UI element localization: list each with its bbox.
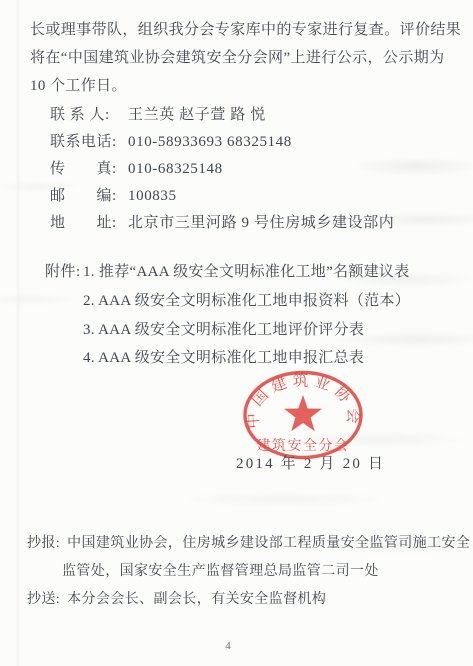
contact-address-row: 地 址:北京市三里河路 9 号住房城乡建设部内	[50, 212, 450, 234]
star-icon	[284, 395, 322, 431]
contact-zip-label: 邮 编:	[50, 185, 120, 207]
contact-person-row: 联 系 人:王兰英 赵子萱 路 悦	[50, 104, 450, 126]
contact-address-label: 地 址:	[50, 212, 120, 234]
copy-send-text: 本分会会长、副会长，有关安全监督机构	[67, 592, 326, 607]
paragraph-line-3: 10 个工作日。	[30, 75, 460, 97]
contact-fax-row: 传 真:010-68325148	[50, 158, 450, 180]
attachment-item-3: 3. AAA 级安全文明标准化工地评价评分表	[83, 319, 463, 341]
attachments-label: 附件:	[45, 261, 81, 283]
contact-phone-value: 010-58933693 68325148	[128, 134, 292, 150]
contact-zip-value: 100835	[128, 188, 177, 204]
copy-report-line1: 中国建筑业协会，住房城乡建设部工程质量安全监管司施工安全	[67, 536, 470, 551]
document-page: 长或理事带队，组织我分会专家库中的专家进行复查。评价结果 将在“中国建筑业协会建…	[0, 0, 473, 666]
copy-report-label: 抄报:	[27, 534, 60, 553]
contact-fax-label: 传 真:	[50, 158, 120, 180]
contact-phone-label: 联系电话:	[50, 131, 120, 153]
copy-report-row: 抄报:中国建筑业协会，住房城乡建设部工程质量安全监管司施工安全	[27, 534, 470, 553]
contact-person-value: 王兰英 赵子萱 路 悦	[128, 107, 266, 123]
attachment-item-2: 2. AAA 级安全文明标准化工地申报资料（范本）	[83, 290, 463, 312]
document-date: 2014 年 2 月 20 日	[236, 452, 385, 473]
copy-report-row-2: 监管处，国家安全生产监督管理总局监管二司一处	[62, 562, 379, 581]
copy-send-label: 抄送:	[27, 590, 60, 609]
paragraph-line-2: 将在“中国建筑业协会建筑安全分会网”上进行公示，公示期为	[30, 47, 460, 69]
page-number: 4	[216, 640, 240, 652]
copy-report-line2: 监管处，国家安全生产监督管理总局监管二司一处	[62, 564, 379, 579]
contact-zip-row: 邮 编:100835	[50, 185, 450, 207]
contact-address-value: 北京市三里河路 9 号住房城乡建设部内	[128, 215, 394, 231]
contact-phone-row: 联系电话:010-58933693 68325148	[50, 131, 450, 153]
paragraph-line-1: 长或理事带队，组织我分会专家库中的专家进行复查。评价结果	[30, 19, 460, 41]
copy-send-row: 抄送:本分会会长、副会长，有关安全监督机构	[27, 590, 326, 609]
attachment-item-1: 1. 推荐“AAA 级安全文明标准化工地”名额建议表	[83, 261, 463, 283]
contact-person-label: 联 系 人:	[50, 104, 120, 126]
contact-fax-value: 010-68325148	[128, 161, 223, 177]
